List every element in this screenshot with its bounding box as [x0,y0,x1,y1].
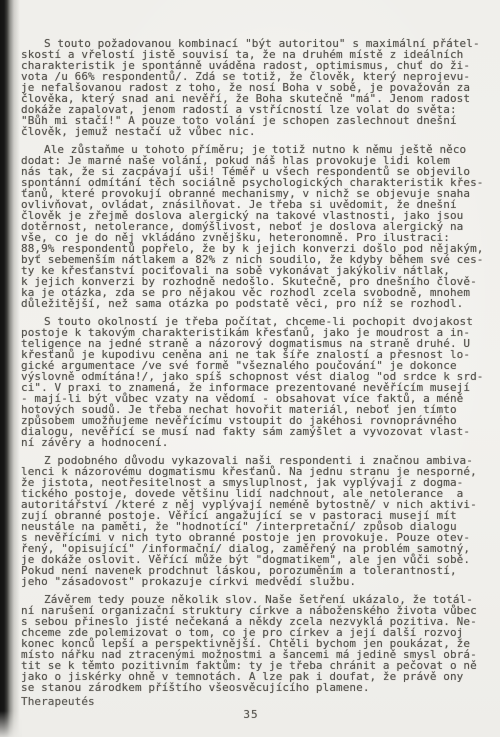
text-line: se stanou zárodkem příštího všeosvěcujíc… [21,682,493,693]
document-paragraphs: S touto požadovanou kombinací "být autor… [21,38,493,693]
author-signature: Therapeutés [21,696,493,707]
scanned-document-page: S touto požadovanou kombinací "být autor… [0,0,500,737]
paragraph: S touto požadovanou kombinací "být autor… [21,38,493,137]
scan-edge-fade [0,711,22,737]
paragraph: Z podobného důvodu vykazovali naši respo… [21,455,493,587]
text-line: ní závěry a hodnocení. [21,437,493,448]
paragraph: Ale zůstaňme u tohoto příměru; je totiž … [21,144,493,309]
paragraph: S touto okolností je třeba počítat, chce… [21,316,493,448]
page-number: 35 [21,709,481,720]
text-line: důležitější, než sama otázka po podstatě… [21,298,493,309]
scan-edge-shadow [0,0,22,737]
paragraph: Závěrem tedy pouze několik slov. Naše še… [21,594,493,693]
document-content: S touto požadovanou kombinací "být autor… [21,38,493,720]
text-line: jeho "zásadovost" prokazuje církvi medvě… [21,576,493,587]
text-line: člověk, jemuž nestačí už vůbec nic. [21,126,493,137]
